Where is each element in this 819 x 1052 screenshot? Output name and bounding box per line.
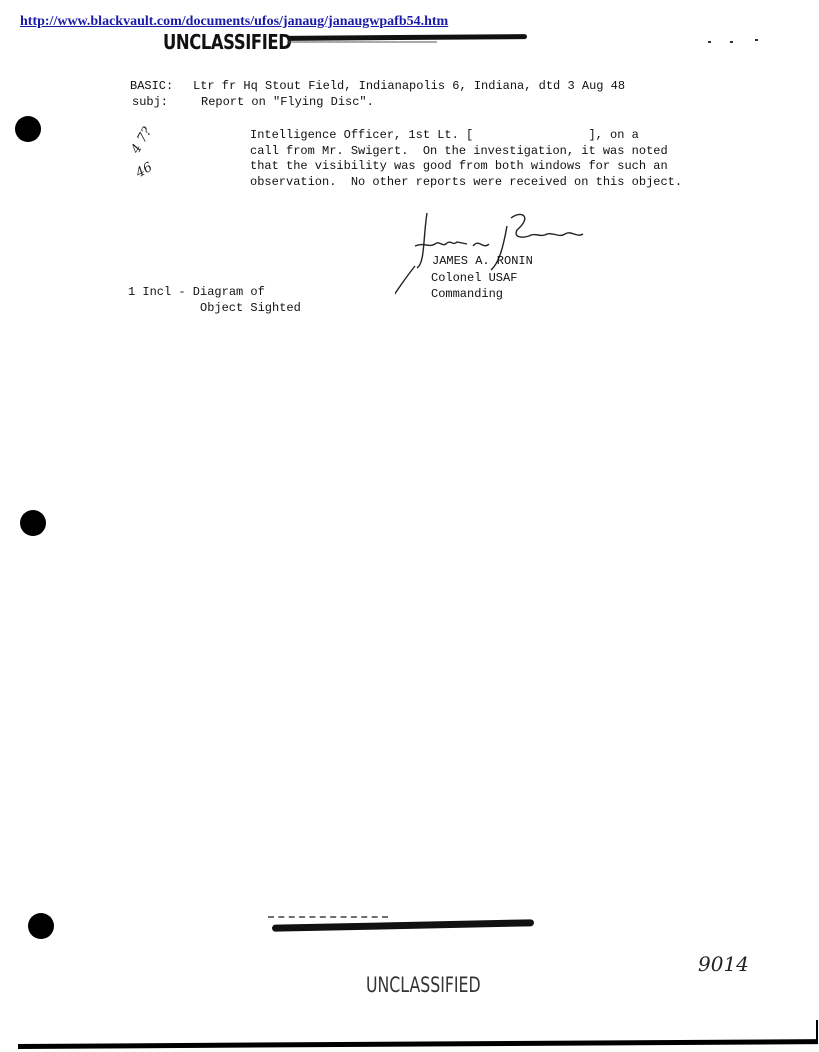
- punch-hole-icon: [20, 510, 46, 536]
- body-line: that the visibility was good from both w…: [250, 159, 682, 175]
- subject-text: Report on "Flying Disc".: [201, 95, 374, 111]
- classification-stamp-top: UNCLASSIFIED: [163, 30, 291, 54]
- signatory-rank: Colonel USAF: [431, 271, 517, 287]
- redaction-smudge-bottom: [268, 916, 388, 921]
- scan-speck: [755, 39, 758, 41]
- basic-label: BASIC:: [130, 79, 173, 95]
- enclosure-line-1: 1 Incl - Diagram of: [128, 285, 265, 301]
- basic-reference-text: Ltr fr Hq Stout Field, Indianapolis 6, I…: [193, 79, 625, 95]
- source-url-link[interactable]: http://www.blackvault.com/documents/ufos…: [20, 14, 448, 30]
- body-line: observation. No other reports were recei…: [250, 175, 682, 191]
- punch-hole-icon: [15, 116, 41, 142]
- classification-stamp-bottom: UNCLASSIFIED: [366, 973, 481, 997]
- redaction-bar-top: [287, 34, 527, 41]
- page-bottom-rule: [18, 1039, 818, 1049]
- redaction-smudge-top: [287, 41, 437, 43]
- enclosure-line-2: Object Sighted: [200, 301, 301, 317]
- signatory-title: Commanding: [431, 287, 503, 303]
- body-paragraph: Intelligence Officer, 1st Lt. [ ], on a …: [250, 128, 682, 190]
- signatory-name: JAMES A. RONIN: [432, 254, 533, 270]
- page-number: 9014: [698, 952, 749, 976]
- scan-speck: [708, 41, 711, 43]
- scan-speck: [730, 41, 733, 43]
- punch-hole-icon: [28, 913, 54, 939]
- body-line: call from Mr. Swigert. On the investigat…: [250, 144, 682, 160]
- body-line: Intelligence Officer, 1st Lt. [ ], on a: [250, 128, 682, 144]
- subject-label: subj:: [132, 95, 168, 111]
- redaction-bar-bottom: [272, 919, 534, 931]
- page-right-edge: [816, 1020, 818, 1040]
- margin-note: 4 7?: [128, 125, 155, 156]
- margin-note: 46: [133, 160, 155, 181]
